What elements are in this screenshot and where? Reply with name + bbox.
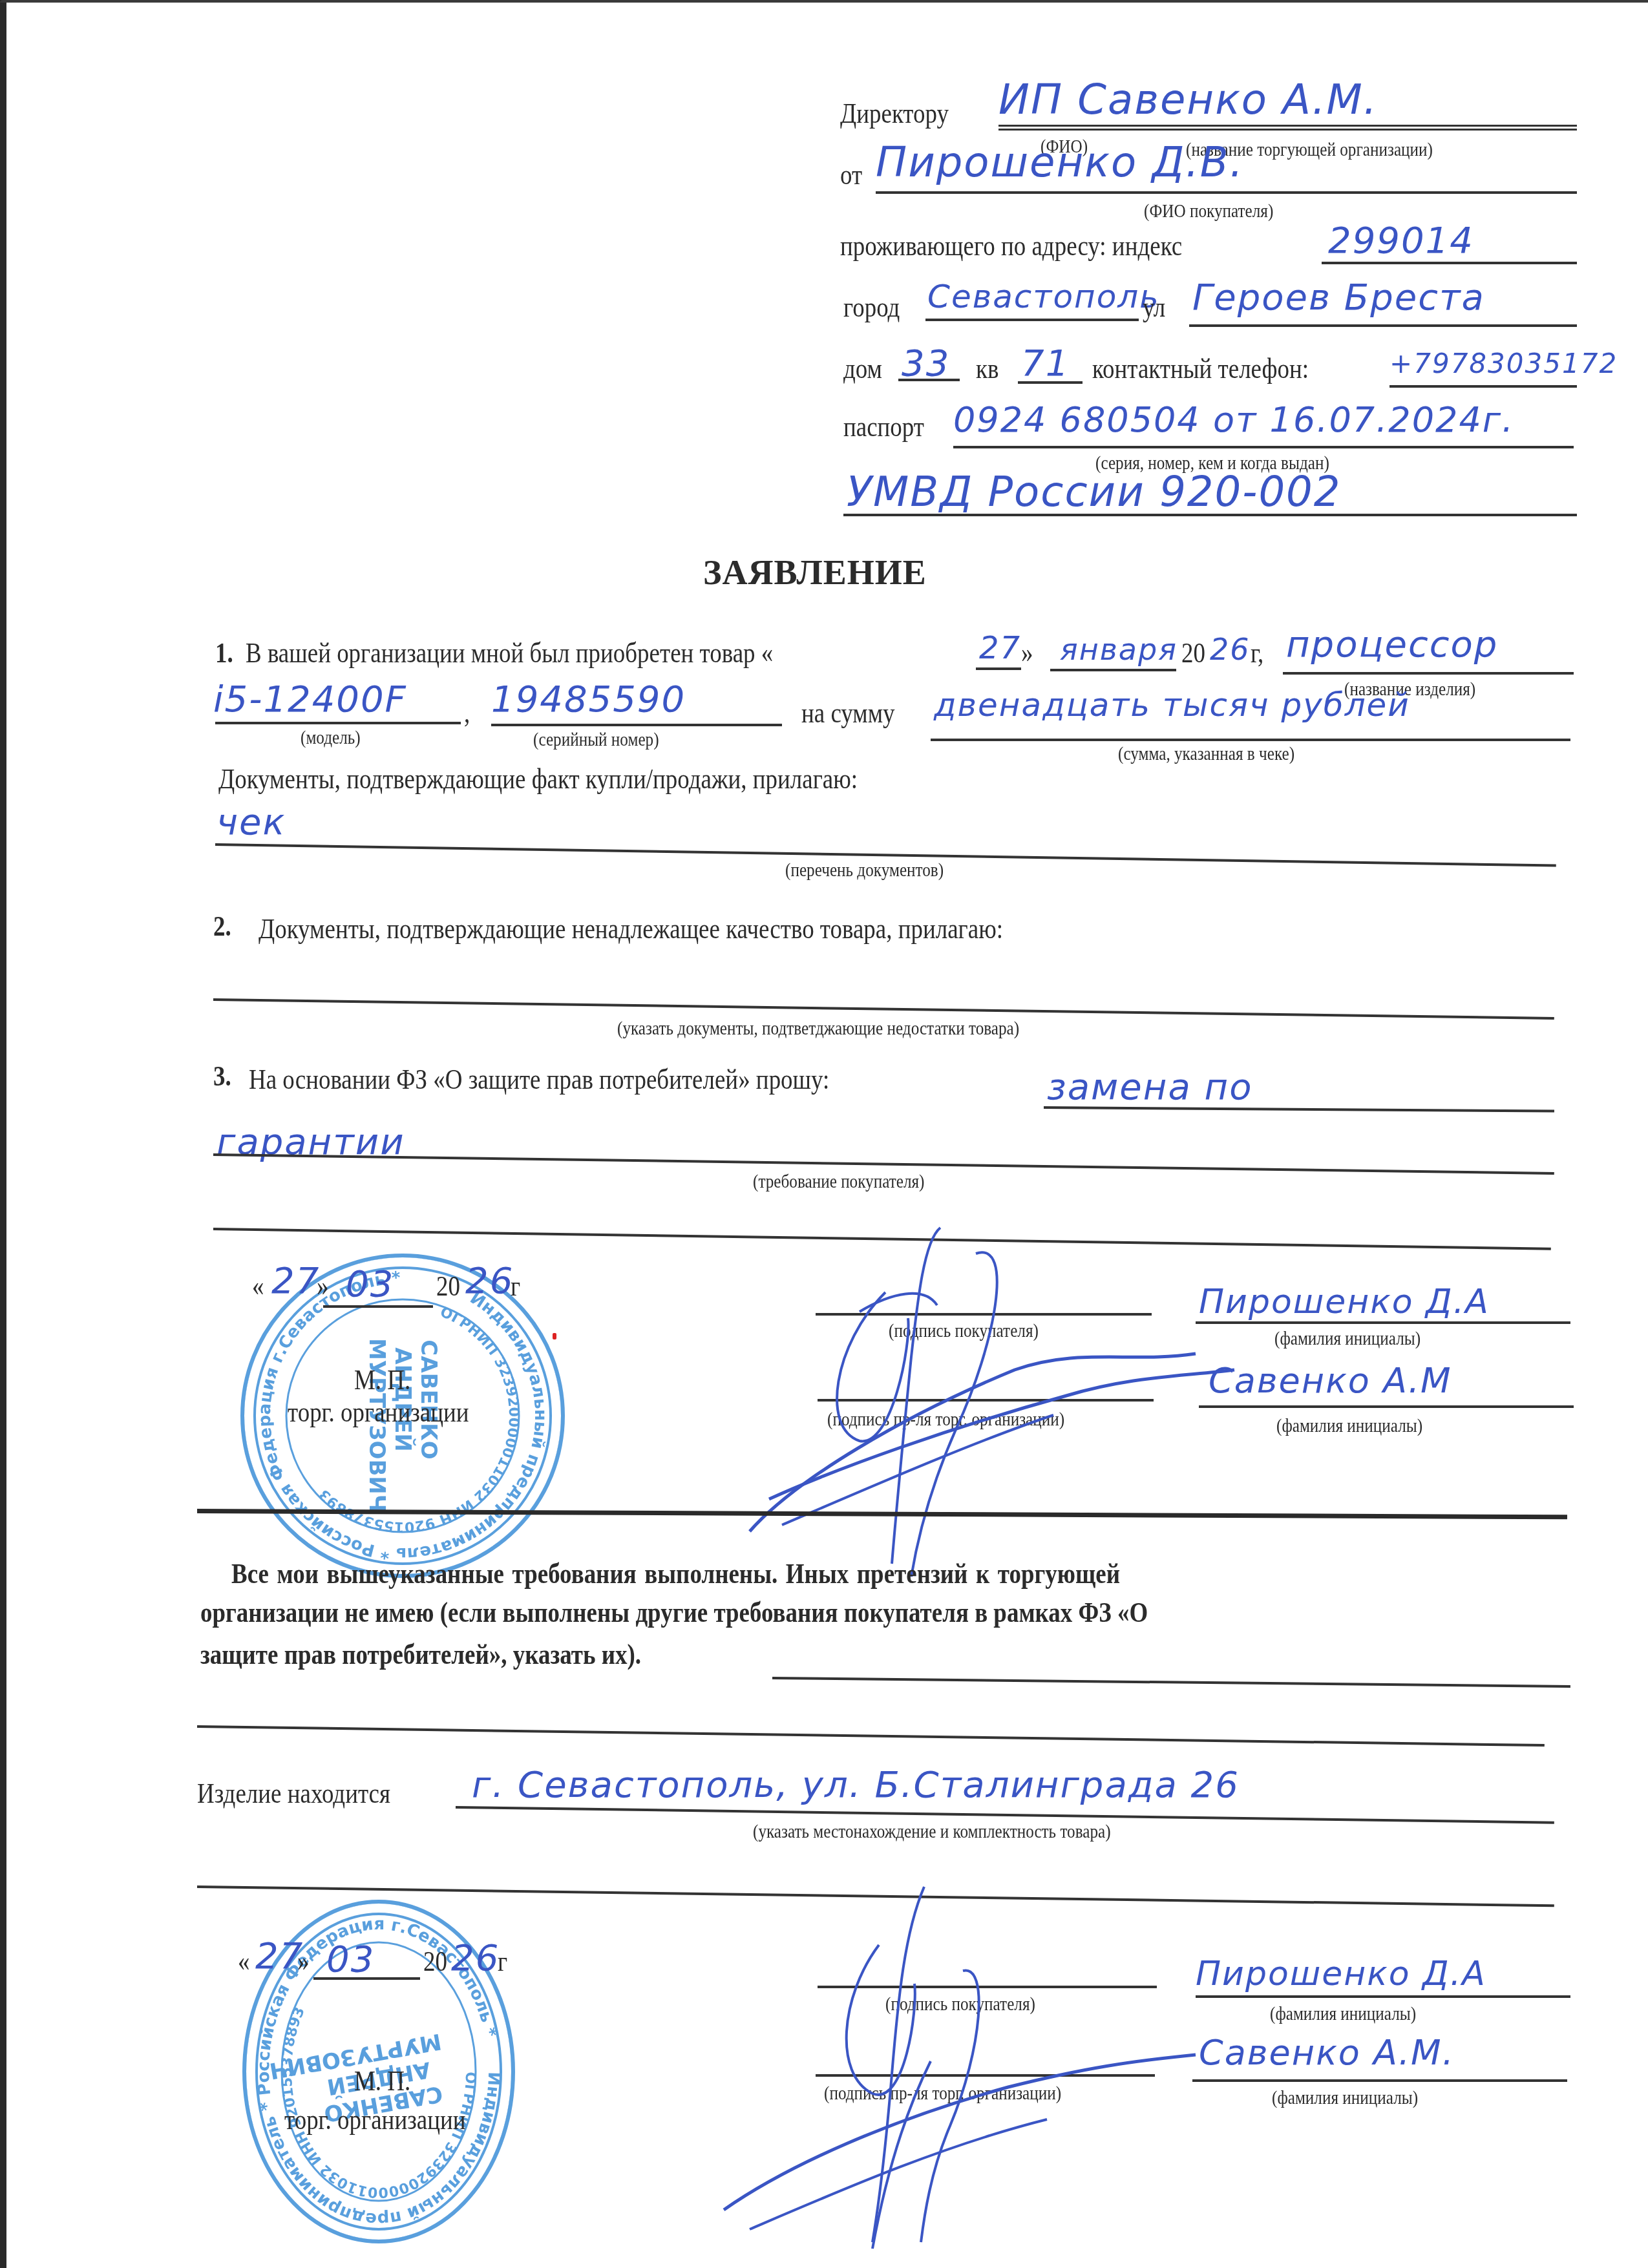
sign-month-2[interactable]: 03 — [326, 1938, 375, 1980]
seller-name-line-2 — [1192, 2079, 1567, 2082]
other-requirements-line-2 — [197, 1725, 1545, 1747]
mp-label-2: М. П. — [354, 2064, 410, 2097]
sum-underline — [931, 739, 1570, 741]
passport-label: паспорт — [843, 410, 924, 443]
seller-signature-2[interactable] — [711, 2048, 1228, 2258]
comma: , — [464, 697, 470, 730]
date-close-2: » — [297, 1945, 309, 1978]
purchase-day[interactable]: 27 — [979, 630, 1021, 666]
buyer-fio-caption: (ФИО покупателя) — [1144, 200, 1273, 222]
docs-value[interactable]: чек — [217, 801, 286, 843]
passport-issuer[interactable]: УМВД России 920-002 — [847, 468, 1342, 516]
closing-statement-line-1: Все мои вышеуказанные требования выполне… — [231, 1557, 1120, 1590]
day-underline — [976, 667, 1021, 670]
index-value[interactable]: 299014 — [1328, 220, 1474, 262]
sign-year-suffix-2: г — [498, 1945, 507, 1978]
scan-edge-top — [0, 0, 1648, 3]
index-underline — [1322, 262, 1577, 264]
passport-value[interactable]: 0924 680504 от 16.07.2024г. — [953, 399, 1514, 440]
flat-label: кв — [976, 352, 998, 385]
phone-label: контактный телефон: — [1092, 352, 1309, 385]
buyer-name-caption-1: (фамилия инициалы) — [1274, 1328, 1421, 1350]
location-label: Изделие находится — [197, 1777, 390, 1810]
model-value[interactable]: i5-12400F — [213, 678, 407, 720]
section-2-number: 2. — [213, 910, 231, 943]
month-underline-2 — [313, 1977, 420, 1980]
seller-signature-1[interactable] — [743, 1350, 1260, 1548]
seller-name-2[interactable]: Савенко А.М. — [1199, 2032, 1455, 2073]
section-1-number: 1. — [215, 636, 233, 669]
street-value[interactable]: Героев Бреста — [1192, 277, 1485, 319]
date-open-1: « — [252, 1270, 264, 1303]
section-2-underline — [213, 998, 1554, 1020]
buyer-name-line-2 — [1196, 1995, 1570, 1998]
city-label: город — [843, 291, 900, 324]
section-3-caption: (требование покупателя) — [753, 1171, 924, 1193]
product-value[interactable]: процессор — [1286, 624, 1498, 666]
director-label: Директору — [840, 97, 949, 130]
section-3-number: 3. — [213, 1060, 231, 1093]
document-title: ЗАЯВЛЕНИЕ — [703, 552, 927, 593]
city-underline — [925, 319, 1139, 321]
other-requirements-line-1 — [772, 1677, 1570, 1688]
passport-underline — [953, 446, 1574, 448]
serial-underline — [491, 724, 782, 726]
sign-year-prefix-2: 20 — [423, 1945, 447, 1978]
sum-caption: (сумма, указанная в чеке) — [1118, 743, 1294, 765]
docs-label: Документы, подтверждающие факт купли/про… — [218, 762, 858, 795]
street-underline — [1189, 324, 1577, 327]
purchase-month[interactable]: января — [1060, 632, 1178, 667]
mp-label-1: М. П. — [354, 1363, 410, 1396]
director-underline — [998, 125, 1577, 131]
street-label: ул — [1143, 291, 1165, 324]
phone-value[interactable]: +79783035172 — [1389, 348, 1618, 379]
section-3-underline-1 — [1044, 1106, 1554, 1113]
year-prefix: 20 — [1181, 636, 1205, 669]
sign-day-1[interactable]: 27 — [271, 1260, 320, 1302]
seller-signature-2-scribble-icon — [711, 2048, 1228, 2255]
phone-underline — [1389, 385, 1577, 388]
from-label: от — [840, 158, 862, 191]
sign-year-2[interactable]: 26 — [451, 1937, 500, 1979]
sum-value[interactable]: двенадцать тысяч рублей — [934, 686, 1410, 724]
serial-caption: (серийный номер) — [533, 729, 659, 751]
purchase-year[interactable]: 26 — [1210, 632, 1251, 667]
sign-month-1[interactable]: 03 — [346, 1263, 394, 1305]
model-caption: (модель) — [301, 727, 361, 749]
closing-statement-line-3: защите прав потребителей», указать их). — [200, 1638, 641, 1671]
quote-close: » — [1021, 636, 1033, 669]
mp-org-label-2: торг. организации — [284, 2103, 466, 2136]
date-open-2: « — [238, 1945, 249, 1978]
from-underline — [876, 191, 1577, 194]
section-1-text: В вашей организации мной был приобретен … — [246, 636, 773, 669]
seller-name-caption-1: (фамилия инициалы) — [1276, 1415, 1422, 1437]
sign-year-suffix-1: г — [511, 1270, 520, 1303]
sign-day-2[interactable]: 27 — [255, 1935, 304, 1977]
closing-statement-line-2: организации не имею (если выполнены друг… — [200, 1596, 1148, 1629]
location-value[interactable]: г. Севастополь, ул. Б.Сталинграда 26 — [472, 1764, 1240, 1806]
address-label: проживающего по адресу: индекс — [840, 229, 1182, 262]
section-2-text: Документы, подтверждающие ненадлежащее к… — [259, 912, 1003, 945]
buyer-name-2[interactable]: Пирошенко Д.А — [1196, 1955, 1486, 1993]
serial-value[interactable]: 19485590 — [491, 678, 686, 720]
issuer-underline — [843, 514, 1577, 516]
director-value[interactable]: ИП Савенко А.М. — [998, 76, 1378, 124]
sum-label: на сумму — [801, 697, 895, 730]
section-3-text: На основании ФЗ «О защите прав потребите… — [249, 1063, 829, 1096]
city-value[interactable]: Севастополь — [927, 278, 1160, 315]
house-label: дом — [843, 352, 882, 385]
section-3-value-line1[interactable]: замена по — [1047, 1066, 1252, 1108]
sign-year-1[interactable]: 26 — [465, 1260, 514, 1302]
mp-org-label-1: торг. организации — [288, 1396, 469, 1429]
seller-name-caption-2: (фамилия инициалы) — [1272, 2087, 1418, 2109]
flat-underline — [1018, 381, 1083, 384]
product-underline — [1283, 672, 1574, 675]
sign-year-prefix-1: 20 — [436, 1270, 460, 1303]
from-value[interactable]: Пирошенко Д.В. — [876, 139, 1244, 187]
location-caption: (указать местонахождение и комплектность… — [753, 1821, 1111, 1843]
house-underline — [898, 379, 960, 381]
flat-value[interactable]: 71 — [1021, 342, 1070, 384]
section-2-caption: (указать документы, подтветджающие недос… — [617, 1018, 1019, 1040]
ink-mark — [553, 1333, 556, 1339]
scan-edge-left — [0, 0, 6, 2268]
year-suffix: г, — [1251, 636, 1263, 669]
month-underline-1 — [323, 1305, 433, 1308]
buyer-name-1[interactable]: Пирошенко Д.А — [1199, 1283, 1490, 1321]
buyer-name-caption-2: (фамилия инициалы) — [1270, 2003, 1416, 2025]
month-underline — [1050, 669, 1176, 671]
buyer-name-line-1 — [1196, 1321, 1570, 1324]
model-underline — [215, 722, 461, 724]
docs-caption: (перечень документов) — [785, 859, 944, 881]
date-close-1: » — [317, 1270, 328, 1303]
